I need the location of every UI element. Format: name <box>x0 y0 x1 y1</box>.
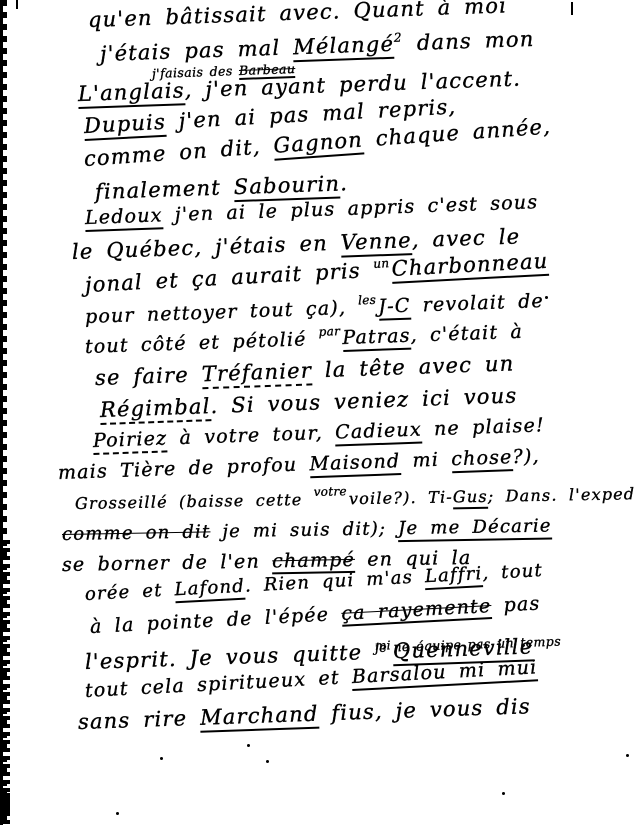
underlined-word: Mélangé <box>293 32 395 63</box>
handwriting-text: mi <box>400 448 452 472</box>
handwriting-text: à votre tour, <box>167 422 336 450</box>
interline-word: les <box>358 293 376 308</box>
underlined-word: Charbonneau <box>391 249 549 284</box>
manuscript-line: sans rire Marchand fius, je vous dis <box>78 694 532 734</box>
scan-tick-mark <box>571 2 573 15</box>
handwriting-text: voile?). Ti- <box>349 487 453 508</box>
handwriting-text: ; Dans. l'exped <box>488 484 638 506</box>
interline-word: mi <box>375 638 391 653</box>
ink-speck <box>266 760 269 763</box>
handwriting-text: pour nettoyer tout ça), <box>85 296 359 328</box>
handwriting-text: à la pointe de l'épée <box>89 603 342 638</box>
struck-word: ça rayemente <box>341 595 492 627</box>
underlined-word: Sabourin <box>233 171 340 202</box>
handwriting-text: sans rire <box>78 706 201 734</box>
handwriting-text: je mi suis dit); <box>210 518 398 542</box>
handwriting-text: orée et <box>84 579 175 605</box>
handwriting-text: ?), <box>512 445 540 468</box>
underlined-word: Maisond <box>309 450 401 478</box>
handwriting-text: le Québec, j'étais en <box>72 231 342 264</box>
manuscript-line: qu'en bâtissait avec. Quant à moi <box>88 0 508 32</box>
manuscript-line: se faire Tréfanier la tête avec un <box>95 351 515 390</box>
scan-edge-blob <box>0 793 10 815</box>
underlined-word: Cadieux <box>335 419 423 447</box>
scan-tick-mark <box>16 0 18 9</box>
underlined-word: chose <box>451 446 513 473</box>
handwriting-text: tout côté et pétolié <box>85 328 320 358</box>
interline-word: un <box>373 256 390 271</box>
handwriting-text: ne plaise! <box>421 414 545 440</box>
interline-word: 2 <box>394 30 402 44</box>
manuscript-line: j'étais pas mal Mélangé2 dans mon <box>100 27 535 66</box>
underlined-word: Je me Décarie <box>398 515 552 542</box>
ink-speck <box>160 757 163 760</box>
underlined-word: Gagnon <box>273 128 364 161</box>
ink-speck <box>545 296 548 299</box>
underlined-word: Marchand <box>200 702 319 733</box>
manuscript-line: Grosseillé (baisse cette votrevoile?). T… <box>75 483 638 513</box>
underlined-word: Gus <box>453 487 488 510</box>
scanned-page: qu'en bâtissait avec. Quant à moij'étais… <box>0 0 638 825</box>
handwriting-text: pas <box>491 592 541 617</box>
underlined-word: Tréfanier <box>201 358 312 389</box>
manuscript-line: Régimbal. Si vous veniez ici vous <box>100 383 518 422</box>
handwriting-text: . <box>340 171 349 195</box>
underlined-word: Laffri <box>424 563 483 590</box>
struck-word: comme on dit <box>62 521 211 545</box>
interline-word: par <box>318 324 340 339</box>
handwriting-text: jonal et ça aurait pris <box>84 258 374 297</box>
handwriting-text: se borner de l'en <box>62 550 273 576</box>
manuscript-line: comme on dit je mi suis dit); Je me Déca… <box>62 515 552 545</box>
underlined-word: Venne <box>340 228 412 257</box>
handwriting-text: , c'était à <box>410 321 523 347</box>
underlined-word: Patras <box>342 325 411 352</box>
scan-edge-lower-dashes <box>3 540 10 825</box>
handwriting-text: . Si vous veniez ici vous <box>210 383 518 418</box>
handwriting-text: , tout <box>482 560 544 584</box>
underlined-word: Lafond <box>174 576 246 604</box>
underlined-word: Dupuis <box>83 110 166 141</box>
handwriting-text: revolait de <box>410 290 544 317</box>
handwriting-text: finalement <box>95 175 235 204</box>
underlined-word: J-C <box>378 295 411 321</box>
ink-speck <box>502 792 505 795</box>
underlined-word: Régimbal <box>100 394 211 425</box>
handwriting-text: la tête avec un <box>312 351 515 382</box>
underlined-word: Ledoux <box>85 204 163 232</box>
ink-speck <box>626 754 629 757</box>
handwriting-text: fius, je vous dis <box>318 694 531 725</box>
handwriting-text: , avec le <box>411 224 520 252</box>
interline-word: votre <box>314 484 347 499</box>
handwriting-text: qu'en bâtissait avec. Quant à moi <box>88 0 508 32</box>
ink-speck <box>247 744 250 747</box>
underlined-word: L'anglais <box>78 78 186 109</box>
handwriting-text: se faire <box>95 362 203 390</box>
handwriting-text: Grosseillé (baisse cette <box>75 490 314 513</box>
underlined-word: Poiriez <box>93 427 168 455</box>
handwriting-text: mais Tière de profou <box>58 453 310 484</box>
handwriting-text: dans mon <box>404 27 535 56</box>
ink-speck <box>116 812 119 815</box>
